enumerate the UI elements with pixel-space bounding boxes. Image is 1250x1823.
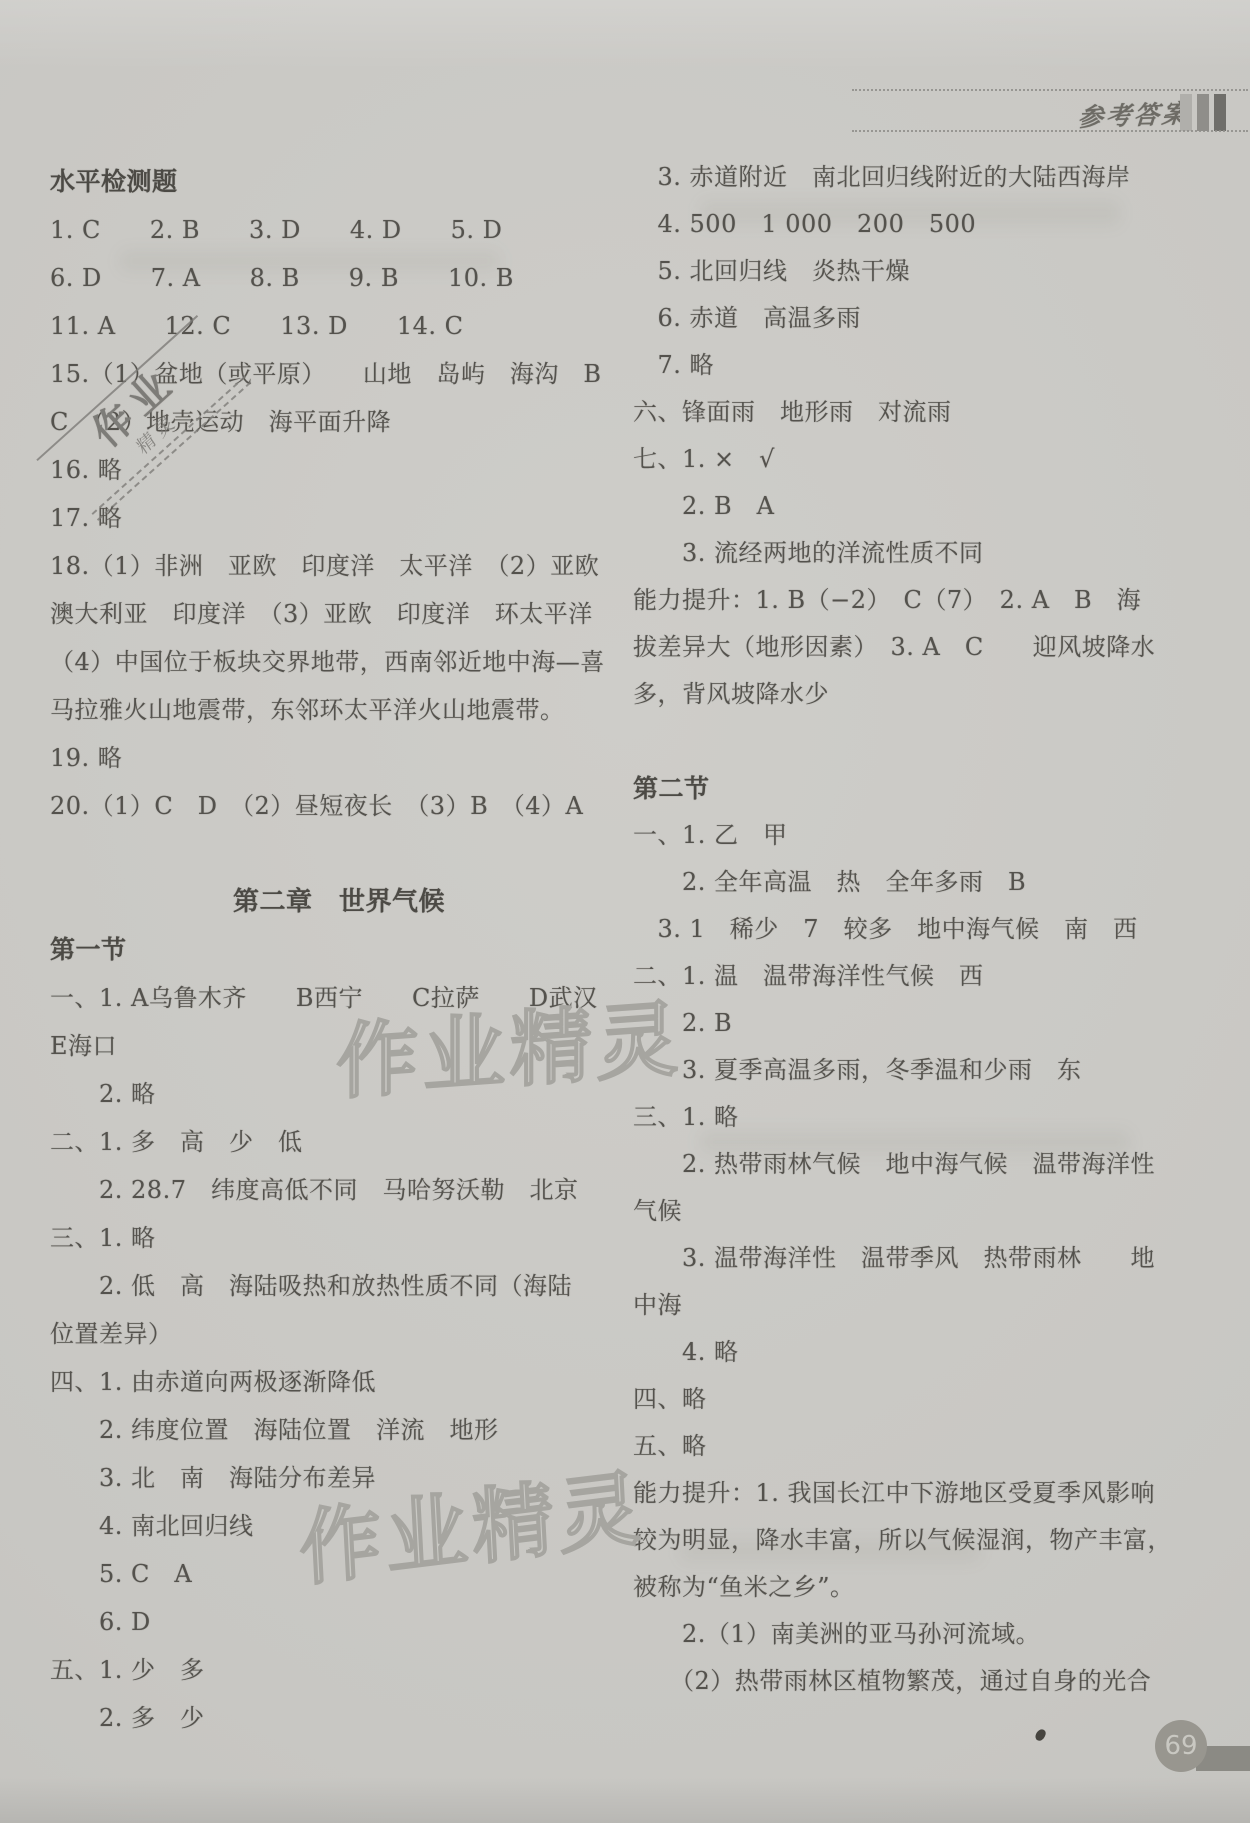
answer-line: 2. B A — [633, 483, 1237, 530]
answer-line: 3. 温带海洋性 温带季风 热带雨林 地 — [633, 1235, 1237, 1282]
answer-line: 位置差异） — [50, 1310, 628, 1358]
answer-line: 2. 多 少 — [50, 1694, 628, 1742]
answer-line: 一、1. 乙 甲 — [633, 812, 1237, 859]
page-header-title: 参考答案 — [1077, 94, 1191, 134]
answers-column-right: 3. 赤道附近 南北回归线附近的大陆西海岸 4. 500 1 000 200 5… — [633, 154, 1237, 1705]
answer-line: 3. 夏季高温多雨，冬季温和少雨 东 — [633, 1047, 1237, 1094]
answer-line: 1. C 2. B 3. D 4. D 5. D — [50, 206, 628, 254]
answer-line: 20.（1）C D （2）昼短夜长 （3）B （4）A — [50, 782, 628, 830]
answer-line: 七、1. × √ — [633, 436, 1237, 483]
scanned-answer-page: 参考答案 水平检测题1. C 2. B 3. D 4. D 5. D6. D 7… — [0, 0, 1250, 1823]
heading-line: 第一节 — [50, 926, 628, 974]
answer-line: 五、略 — [633, 1423, 1237, 1470]
bar-dark — [1214, 94, 1226, 131]
header-dotted-line-bottom — [852, 130, 1248, 132]
bar-light — [1180, 94, 1192, 131]
answer-line: 被称为“鱼米之乡”。 — [633, 1564, 1237, 1611]
page-number: 69 — [1164, 1731, 1197, 1761]
answer-line: （2）热带雨林区植物繁茂，通过自身的光合 — [633, 1658, 1237, 1705]
heading-line: 第二节 — [633, 765, 1237, 812]
answer-line: 气候 — [633, 1188, 1237, 1235]
answer-line: 中海 — [633, 1282, 1237, 1329]
answer-line: 5. 北回归线 炎热干燥 — [633, 248, 1237, 295]
answer-line: 2. 热带雨林气候 地中海气候 温带海洋性 — [633, 1141, 1237, 1188]
answer-line: 2. 低 高 海陆吸热和放热性质不同（海陆 — [50, 1262, 628, 1310]
ink-speck — [1034, 1728, 1047, 1743]
answer-line: 2. 纬度位置 海陆位置 洋流 地形 — [50, 1406, 628, 1454]
answer-line: 拔差异大（地形因素） 3. A C 迎风坡降水 — [633, 624, 1237, 671]
answer-line: 4. 500 1 000 200 500 — [633, 201, 1237, 248]
answer-line: 6. 赤道 高温多雨 — [633, 295, 1237, 342]
answer-line: 二、1. 温 温带海洋性气候 西 — [633, 953, 1237, 1000]
answer-line: 较为明显，降水丰富，所以气候湿润，物产丰富， — [633, 1517, 1237, 1564]
answer-line: 马拉雅火山地震带，东邻环太平洋火山地震带。 — [50, 686, 628, 734]
answer-line: 三、1. 略 — [50, 1214, 628, 1262]
answer-line: 四、1. 由赤道向两极逐渐降低 — [50, 1358, 628, 1406]
answer-line: 六、锋面雨 地形雨 对流雨 — [633, 389, 1237, 436]
answer-line: 多，背风坡降水少 — [633, 671, 1237, 718]
page-number-badge: 69 — [1155, 1720, 1207, 1772]
answer-line: 澳大利亚 印度洋 （3）亚欧 印度洋 环太平洋 — [50, 590, 628, 638]
answer-line: 6. D — [50, 1598, 628, 1646]
answer-line: 能力提升：1. B（−2） C（7） 2. A B 海 — [633, 577, 1237, 624]
answer-line: 4. 略 — [633, 1329, 1237, 1376]
watermark-text-upper: 作业精灵 — [336, 974, 683, 1116]
answer-line: 五、1. 少 多 — [50, 1646, 628, 1694]
answer-line: 19. 略 — [50, 734, 628, 782]
answer-line: 3. 流经两地的洋流性质不同 — [633, 530, 1237, 577]
answer-line: 四、略 — [633, 1376, 1237, 1423]
answer-line: 3. 1 稀少 7 较多 地中海气候 南 西 — [633, 906, 1237, 953]
bar-medium — [1197, 94, 1209, 131]
header-bars-icon — [1180, 94, 1226, 131]
heading-line: 水平检测题 — [50, 158, 628, 206]
answer-line: 二、1. 多 高 少 低 — [50, 1118, 628, 1166]
answer-line: 3. 赤道附近 南北回归线附近的大陆西海岸 — [633, 154, 1237, 201]
answer-line — [633, 718, 1237, 765]
answer-line: 三、1. 略 — [633, 1094, 1237, 1141]
answer-line — [50, 830, 628, 878]
header-dotted-line-top — [852, 89, 1248, 91]
answer-line: 7. 略 — [633, 342, 1237, 389]
answer-line: （4）中国位于板块交界地带，西南邻近地中海—喜 — [50, 638, 628, 686]
answer-line: 2.（1）南美洲的亚马孙河流域。 — [633, 1611, 1237, 1658]
answer-line: 2. B — [633, 1000, 1237, 1047]
answer-line: 2. 28.7 纬度高低不同 马哈努沃勒 北京 — [50, 1166, 628, 1214]
heading-line: 第二章 世界气候 — [50, 878, 628, 926]
answer-line: 2. 全年高温 热 全年多雨 B — [633, 859, 1237, 906]
answer-line: 能力提升：1. 我国长江中下游地区受夏季风影响 — [633, 1470, 1237, 1517]
